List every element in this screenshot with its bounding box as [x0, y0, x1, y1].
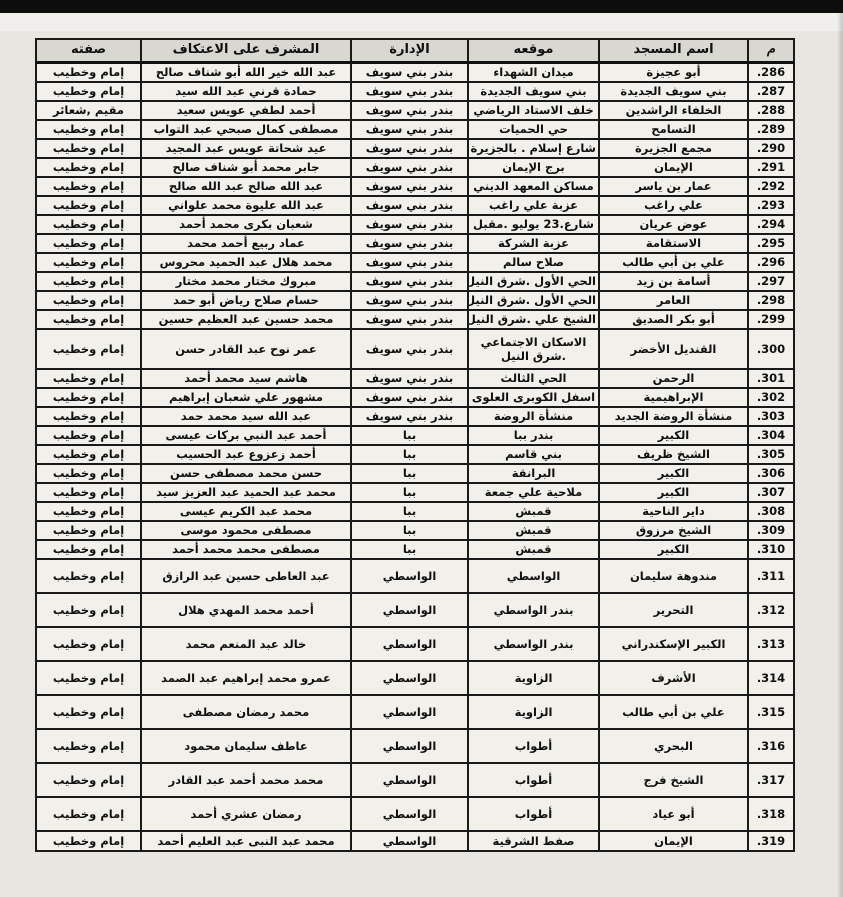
cell-supervisor: أحمد عبد النبي بركات عيسى: [141, 426, 351, 445]
cell-seq: .305: [748, 445, 794, 464]
cell-seq: .289: [748, 120, 794, 139]
cell-seq: .314: [748, 661, 794, 695]
cell-title: إمام وخطيب: [36, 253, 141, 272]
cell-seq: .300: [748, 329, 794, 369]
cell-location: قمبش: [468, 502, 599, 521]
cell-supervisor: شعبان بكرى محمد أحمد: [141, 215, 351, 234]
cell-supervisor: عمر نوح عبد القادر حسن: [141, 329, 351, 369]
cell-supervisor: أحمد لطفي عويس سعيد: [141, 101, 351, 120]
table-row: .298العامرالحي الأول .شرق النيلبندر بني …: [36, 291, 794, 310]
cell-location: الاسكان الاجتماعي .شرق النيل: [468, 329, 599, 369]
table-row: .286أبو عجيزةميدان الشهداءبندر بني سويفع…: [36, 63, 794, 83]
cell-admin: بندر بني سويف: [351, 177, 468, 196]
table-row: .305الشيخ ظريفبني قاسمبباأحمد زعزوع عبد …: [36, 445, 794, 464]
cell-location: ملاحية علي جمعة: [468, 483, 599, 502]
cell-location: ميدان الشهداء: [468, 63, 599, 83]
cell-supervisor: محمد محمد أحمد عبد القادر: [141, 763, 351, 797]
cell-supervisor: جابر محمد أبو شناف صالح: [141, 158, 351, 177]
cell-supervisor: حسام صلاح رياض أبو حمد: [141, 291, 351, 310]
cell-seq: .307: [748, 483, 794, 502]
cell-seq: .295: [748, 234, 794, 253]
cell-supervisor: مشهور علي شعبان إبراهيم: [141, 388, 351, 407]
cell-supervisor: محمد هلال عبد الحميد محروس: [141, 253, 351, 272]
cell-supervisor: عبد الله سيد محمد حمد: [141, 407, 351, 426]
table-row: .288الخلفاء الراشدينخلف الاستاد الرياضيب…: [36, 101, 794, 120]
cell-title: إمام وخطيب: [36, 445, 141, 464]
scan-light-strip: [0, 13, 843, 31]
cell-mosque: الإبراهيمية: [599, 388, 748, 407]
cell-supervisor: هاشم سيد محمد أحمد: [141, 369, 351, 388]
mosques-table: ماسم المسجدموقعهالإدارةالمشرف على الاعتك…: [35, 38, 795, 852]
cell-supervisor: عبد الله صالح عبد الله صالح: [141, 177, 351, 196]
table-row: .315علي بن أبي طالبالزاويةالواسطيمحمد رم…: [36, 695, 794, 729]
cell-seq: .311: [748, 559, 794, 593]
table-row: .295الاستقامةعزبة الشركةبندر بني سويفعما…: [36, 234, 794, 253]
cell-title: إمام وخطيب: [36, 158, 141, 177]
table-row: .313الكبير الإسكندرانيبندر الواسطيالواسط…: [36, 627, 794, 661]
cell-title: إمام وخطيب: [36, 177, 141, 196]
cell-supervisor: محمد عبد الحميد عبد العزيز سيد: [141, 483, 351, 502]
cell-mosque: مندوهة سليمان: [599, 559, 748, 593]
cell-mosque: البحري: [599, 729, 748, 763]
cell-title: إمام وخطيب: [36, 63, 141, 83]
scan-right-edge-shadow: [837, 13, 843, 897]
cell-seq: .304: [748, 426, 794, 445]
cell-seq: .318: [748, 797, 794, 831]
cell-admin: بندر بني سويف: [351, 120, 468, 139]
cell-title: إمام وخطيب: [36, 426, 141, 445]
cell-location: بندر ببا: [468, 426, 599, 445]
table-row: .306الكبيرالبرانقةبباحسن محمد مصطفى حسنإ…: [36, 464, 794, 483]
cell-location: أطواب: [468, 729, 599, 763]
cell-seq: .317: [748, 763, 794, 797]
cell-admin: ببا: [351, 426, 468, 445]
table-row: .301الرحمنالحي الثالثبندر بني سويفهاشم س…: [36, 369, 794, 388]
cell-supervisor: عيد شحاتة عويس عبد المجيد: [141, 139, 351, 158]
cell-supervisor: محمد رمضان مصطفى: [141, 695, 351, 729]
cell-admin: بندر بني سويف: [351, 291, 468, 310]
cell-supervisor: عاطف سليمان محمود: [141, 729, 351, 763]
cell-mosque: أسامة بن زيد: [599, 272, 748, 291]
cell-title: إمام وخطيب: [36, 82, 141, 101]
cell-supervisor: مصطفى كمال صبحي عبد التواب: [141, 120, 351, 139]
cell-seq: .294: [748, 215, 794, 234]
cell-mosque: الكبير الإسكندراني: [599, 627, 748, 661]
cell-seq: .315: [748, 695, 794, 729]
cell-mosque: منشأة الروضة الجديد: [599, 407, 748, 426]
cell-title: إمام وخطيب: [36, 464, 141, 483]
cell-seq: .286: [748, 63, 794, 83]
cell-mosque: الكبير: [599, 540, 748, 559]
cell-title: إمام وخطيب: [36, 369, 141, 388]
cell-title: إمام وخطيب: [36, 291, 141, 310]
cell-admin: ببا: [351, 483, 468, 502]
cell-title: إمام وخطيب: [36, 831, 141, 851]
cell-title: إمام وخطيب: [36, 215, 141, 234]
cell-mosque: التسامح: [599, 120, 748, 139]
cell-admin: الواسطي: [351, 593, 468, 627]
table-row: .297أسامة بن زيدالحي الأول .شرق النيلبند…: [36, 272, 794, 291]
table-row: .312التحريربندر الواسطيالواسطيأحمد محمد …: [36, 593, 794, 627]
table-row: .304الكبيربندر ببابباأحمد عبد النبي بركا…: [36, 426, 794, 445]
cell-admin: بندر بني سويف: [351, 215, 468, 234]
column-header-seq: م: [748, 39, 794, 63]
cell-location: شارع إسلام . بالجزيرة: [468, 139, 599, 158]
table-row: .311مندوهة سليمانالواسطيالواسطيعبد العاط…: [36, 559, 794, 593]
cell-title: إمام وخطيب: [36, 234, 141, 253]
cell-location: مساكن المعهد الديني: [468, 177, 599, 196]
cell-mosque: مجمع الجزيرة: [599, 139, 748, 158]
cell-supervisor: حمادة قرني عبد الله سيد: [141, 82, 351, 101]
cell-title: إمام وخطيب: [36, 593, 141, 627]
column-header-supervisor: المشرف على الاعتكاف: [141, 39, 351, 63]
cell-title: إمام وخطيب: [36, 502, 141, 521]
cell-mosque: بني سويف الجديدة: [599, 82, 748, 101]
cell-location: بني سويف الجديدة: [468, 82, 599, 101]
cell-location: الحي الأول .شرق النيل: [468, 272, 599, 291]
cell-title: مقيم ,شعائر: [36, 101, 141, 120]
cell-title: إمام وخطيب: [36, 627, 141, 661]
cell-mosque: علي بن أبي طالب: [599, 253, 748, 272]
cell-mosque: علي راغب: [599, 196, 748, 215]
cell-seq: .290: [748, 139, 794, 158]
cell-title: إمام وخطيب: [36, 407, 141, 426]
cell-admin: بندر بني سويف: [351, 253, 468, 272]
table-row: .299أبو بكر الصديقالشيخ علي .شرق النيلبن…: [36, 310, 794, 329]
cell-title: إمام وخطيب: [36, 729, 141, 763]
cell-seq: .316: [748, 729, 794, 763]
cell-location: شارع.23 يوليو .مقبل: [468, 215, 599, 234]
cell-mosque: الخلفاء الراشدين: [599, 101, 748, 120]
table-row: .294عوض عريانشارع.23 يوليو .مقبلبندر بني…: [36, 215, 794, 234]
cell-admin: بندر بني سويف: [351, 158, 468, 177]
table-row: .287بني سويف الجديدةبني سويف الجديدةبندر…: [36, 82, 794, 101]
cell-mosque: القنديل الأخضر: [599, 329, 748, 369]
cell-mosque: الكبير: [599, 464, 748, 483]
cell-location: الزاوية: [468, 661, 599, 695]
cell-mosque: الاستقامة: [599, 234, 748, 253]
header-row: ماسم المسجدموقعهالإدارةالمشرف على الاعتك…: [36, 39, 794, 63]
table-row: .302الإبراهيميةاسفل الكوبرى العلوىبندر ب…: [36, 388, 794, 407]
table-row: .293علي راغبعزبة علي راغببندر بني سويفعب…: [36, 196, 794, 215]
cell-mosque: عمار بن ياسر: [599, 177, 748, 196]
cell-location: عزبة علي راغب: [468, 196, 599, 215]
column-header-mosque: اسم المسجد: [599, 39, 748, 63]
cell-seq: .306: [748, 464, 794, 483]
cell-location: الحي الأول .شرق النيل: [468, 291, 599, 310]
cell-admin: ببا: [351, 521, 468, 540]
cell-mosque: أبو عجيزة: [599, 63, 748, 83]
cell-supervisor: عبد الله خير الله أبو شناف صالح: [141, 63, 351, 83]
cell-supervisor: رمضان عشري أحمد: [141, 797, 351, 831]
cell-supervisor: مبروك مختار محمد مختار: [141, 272, 351, 291]
cell-supervisor: أحمد محمد المهدي هلال: [141, 593, 351, 627]
cell-supervisor: محمد حسين عبد العظيم حسين: [141, 310, 351, 329]
cell-admin: بندر بني سويف: [351, 407, 468, 426]
cell-admin: الواسطي: [351, 627, 468, 661]
cell-admin: ببا: [351, 445, 468, 464]
cell-seq: .319: [748, 831, 794, 851]
cell-location: صلاح سالم: [468, 253, 599, 272]
cell-location: عزبة الشركة: [468, 234, 599, 253]
cell-location: الواسطي: [468, 559, 599, 593]
cell-seq: .308: [748, 502, 794, 521]
cell-location: الزاوية: [468, 695, 599, 729]
cell-mosque: الإيمان: [599, 158, 748, 177]
cell-seq: .313: [748, 627, 794, 661]
cell-seq: .291: [748, 158, 794, 177]
cell-location: اسفل الكوبرى العلوى: [468, 388, 599, 407]
cell-mosque: الإيمان: [599, 831, 748, 851]
cell-admin: بندر بني سويف: [351, 329, 468, 369]
table-row: .316البحريأطوابالواسطيعاطف سليمان محمودإ…: [36, 729, 794, 763]
cell-title: إمام وخطيب: [36, 559, 141, 593]
table-row: .319الإيمانصفط الشرقيةالواسطيمحمد عبد ال…: [36, 831, 794, 851]
cell-mosque: التحرير: [599, 593, 748, 627]
cell-mosque: أبو بكر الصديق: [599, 310, 748, 329]
cell-location: حي الحميات: [468, 120, 599, 139]
cell-mosque: داير الناحية: [599, 502, 748, 521]
cell-supervisor: أحمد زعزوع عبد الحسيب: [141, 445, 351, 464]
cell-seq: .309: [748, 521, 794, 540]
cell-supervisor: عماد ربيع أحمد محمد: [141, 234, 351, 253]
cell-admin: الواسطي: [351, 661, 468, 695]
column-header-title: صفته: [36, 39, 141, 63]
cell-location: الحي الثالث: [468, 369, 599, 388]
cell-supervisor: خالد عبد المنعم محمد: [141, 627, 351, 661]
cell-title: إمام وخطيب: [36, 139, 141, 158]
cell-mosque: العامر: [599, 291, 748, 310]
cell-admin: بندر بني سويف: [351, 196, 468, 215]
cell-admin: بندر بني سويف: [351, 82, 468, 101]
cell-admin: الواسطي: [351, 831, 468, 851]
cell-title: إمام وخطيب: [36, 797, 141, 831]
cell-mosque: أبو عياد: [599, 797, 748, 831]
cell-supervisor: عمرو محمد إبراهيم عبد الصمد: [141, 661, 351, 695]
cell-mosque: الكبير: [599, 483, 748, 502]
table-row: .300القنديل الأخضرالاسكان الاجتماعي .شرق…: [36, 329, 794, 369]
cell-supervisor: عبد الله عليوة محمد علواني: [141, 196, 351, 215]
table-body: .286أبو عجيزةميدان الشهداءبندر بني سويفع…: [36, 63, 794, 852]
cell-location: برج الإيمان: [468, 158, 599, 177]
cell-supervisor: حسن محمد مصطفى حسن: [141, 464, 351, 483]
cell-mosque: الرحمن: [599, 369, 748, 388]
table-row: .310الكبيرقمبشببامصطفى محمد محمد أحمدإما…: [36, 540, 794, 559]
cell-location: قمبش: [468, 540, 599, 559]
cell-title: إمام وخطيب: [36, 196, 141, 215]
cell-admin: بندر بني سويف: [351, 388, 468, 407]
table-row: .289التسامححي الحمياتبندر بني سويفمصطفى …: [36, 120, 794, 139]
cell-admin: ببا: [351, 502, 468, 521]
cell-title: إمام وخطيب: [36, 661, 141, 695]
cell-location: البرانقة: [468, 464, 599, 483]
cell-admin: بندر بني سويف: [351, 369, 468, 388]
cell-supervisor: مصطفى محمود موسى: [141, 521, 351, 540]
cell-admin: الواسطي: [351, 695, 468, 729]
cell-seq: .287: [748, 82, 794, 101]
top-black-bar: [0, 0, 843, 13]
cell-title: إمام وخطيب: [36, 329, 141, 369]
table-row: .307الكبيرملاحية علي جمعةببامحمد عبد الح…: [36, 483, 794, 502]
table-row: .292عمار بن ياسرمساكن المعهد الدينيبندر …: [36, 177, 794, 196]
cell-admin: بندر بني سويف: [351, 272, 468, 291]
table-row: .314الأشرفالزاويةالواسطيعمرو محمد إبراهي…: [36, 661, 794, 695]
cell-admin: الواسطي: [351, 797, 468, 831]
cell-location: خلف الاستاد الرياضي: [468, 101, 599, 120]
cell-location: بندر الواسطي: [468, 593, 599, 627]
cell-seq: .288: [748, 101, 794, 120]
cell-supervisor: عبد العاطى حسين عبد الرازق: [141, 559, 351, 593]
cell-location: بني قاسم: [468, 445, 599, 464]
column-header-location: موقعه: [468, 39, 599, 63]
cell-seq: .299: [748, 310, 794, 329]
cell-seq: .292: [748, 177, 794, 196]
cell-title: إمام وخطيب: [36, 521, 141, 540]
cell-title: إمام وخطيب: [36, 483, 141, 502]
cell-admin: ببا: [351, 464, 468, 483]
cell-location: أطواب: [468, 797, 599, 831]
cell-mosque: عوض عريان: [599, 215, 748, 234]
table-row: .317الشيخ فرجأطوابالواسطيمحمد محمد أحمد …: [36, 763, 794, 797]
cell-seq: .301: [748, 369, 794, 388]
cell-title: إمام وخطيب: [36, 763, 141, 797]
cell-admin: بندر بني سويف: [351, 63, 468, 83]
cell-admin: الواسطي: [351, 729, 468, 763]
column-header-admin: الإدارة: [351, 39, 468, 63]
cell-location: صفط الشرقية: [468, 831, 599, 851]
cell-title: إمام وخطيب: [36, 388, 141, 407]
cell-seq: .293: [748, 196, 794, 215]
cell-seq: .310: [748, 540, 794, 559]
table-row: .309الشيخ مرزوققمبشببامصطفى محمود موسىإم…: [36, 521, 794, 540]
cell-admin: بندر بني سويف: [351, 234, 468, 253]
cell-mosque: علي بن أبي طالب: [599, 695, 748, 729]
cell-seq: .302: [748, 388, 794, 407]
cell-supervisor: مصطفى محمد محمد أحمد: [141, 540, 351, 559]
cell-mosque: الشيخ فرج: [599, 763, 748, 797]
cell-seq: .298: [748, 291, 794, 310]
table-row: .318أبو عيادأطوابالواسطيرمضان عشري أحمدإ…: [36, 797, 794, 831]
cell-supervisor: محمد عبد النبى عبد العليم أحمد: [141, 831, 351, 851]
cell-location: بندر الواسطي: [468, 627, 599, 661]
cell-location: قمبش: [468, 521, 599, 540]
cell-title: إمام وخطيب: [36, 540, 141, 559]
cell-title: إمام وخطيب: [36, 695, 141, 729]
table-row: .303منشأة الروضة الجديدمنشأة الروضةبندر …: [36, 407, 794, 426]
cell-supervisor: محمد عبد الكريم عيسى: [141, 502, 351, 521]
cell-admin: الواسطي: [351, 559, 468, 593]
table-row: .308داير الناحيةقمبشببامحمد عبد الكريم ع…: [36, 502, 794, 521]
cell-mosque: الأشرف: [599, 661, 748, 695]
cell-seq: .312: [748, 593, 794, 627]
cell-location: الشيخ علي .شرق النيل: [468, 310, 599, 329]
cell-seq: .303: [748, 407, 794, 426]
cell-mosque: الكبير: [599, 426, 748, 445]
cell-admin: ببا: [351, 540, 468, 559]
cell-seq: .296: [748, 253, 794, 272]
cell-admin: بندر بني سويف: [351, 310, 468, 329]
cell-admin: بندر بني سويف: [351, 101, 468, 120]
cell-location: أطواب: [468, 763, 599, 797]
cell-title: إمام وخطيب: [36, 120, 141, 139]
table-row: .290مجمع الجزيرةشارع إسلام . بالجزيرةبند…: [36, 139, 794, 158]
cell-admin: بندر بني سويف: [351, 139, 468, 158]
cell-title: إمام وخطيب: [36, 310, 141, 329]
cell-mosque: الشيخ ظريف: [599, 445, 748, 464]
table-row: .291الإيمانبرج الإيمانبندر بني سويفجابر …: [36, 158, 794, 177]
cell-location: منشأة الروضة: [468, 407, 599, 426]
cell-seq: .297: [748, 272, 794, 291]
cell-mosque: الشيخ مرزوق: [599, 521, 748, 540]
table-row: .296علي بن أبي طالبصلاح سالمبندر بني سوي…: [36, 253, 794, 272]
cell-title: إمام وخطيب: [36, 272, 141, 291]
cell-admin: الواسطي: [351, 763, 468, 797]
